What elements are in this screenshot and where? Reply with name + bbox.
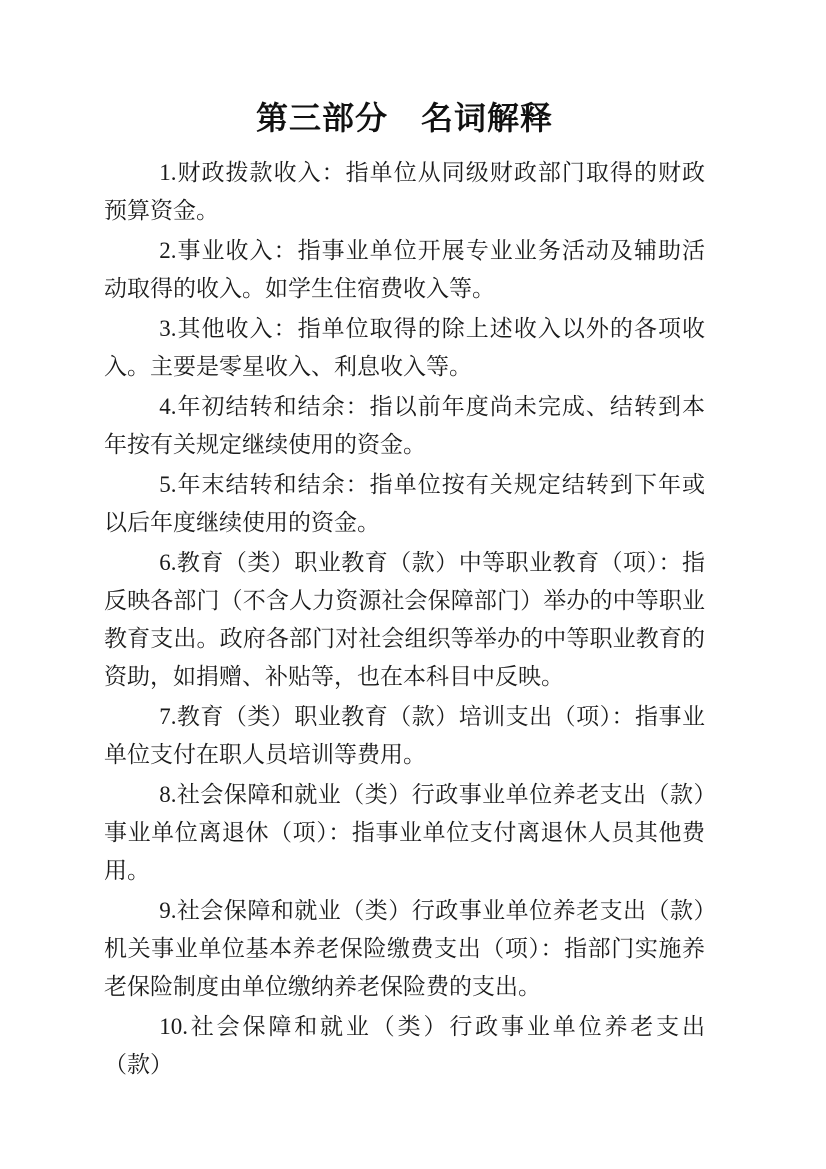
definition-paragraph-4: 4.年初结转和结余：指以前年度尚未完成、结转到本年按有关规定继续使用的资金。 — [104, 388, 705, 464]
definition-paragraph-8: 8.社会保障和就业（类）行政事业单位养老支出（款）事业单位离退休（项）：指事业单… — [104, 776, 705, 890]
definition-paragraph-5: 5.年末结转和结余：指单位按有关规定结转到下年或以后年度继续使用的资金。 — [104, 466, 705, 542]
definition-paragraph-7: 7.教育（类）职业教育（款）培训支出（项）：指事业单位支付在职人员培训等费用。 — [104, 698, 705, 774]
document-page: 第三部分 名词解释 1.财政拨款收入：指单位从同级财政部门取得的财政预算资金。 … — [0, 0, 826, 1169]
definition-paragraph-2: 2.事业收入：指事业单位开展专业业务活动及辅助活动取得的收入。如学生住宿费收入等… — [104, 232, 705, 308]
definition-paragraph-1: 1.财政拨款收入：指单位从同级财政部门取得的财政预算资金。 — [104, 154, 705, 230]
document-body: 1.财政拨款收入：指单位从同级财政部门取得的财政预算资金。 2.事业收入：指事业… — [104, 154, 705, 1084]
definition-paragraph-9: 9.社会保障和就业（类）行政事业单位养老支出（款）机关事业单位基本养老保险缴费支… — [104, 892, 705, 1006]
definition-paragraph-3: 3.其他收入：指单位取得的除上述收入以外的各项收入。主要是零星收入、利息收入等。 — [104, 310, 705, 386]
section-title: 第三部分 名词解释 — [104, 98, 705, 138]
definition-paragraph-10: 10.社会保障和就业（类）行政事业单位养老支出（款） — [104, 1008, 705, 1084]
definition-paragraph-6: 6.教育（类）职业教育（款）中等职业教育（项）：指反映各部门（不含人力资源社会保… — [104, 544, 705, 696]
